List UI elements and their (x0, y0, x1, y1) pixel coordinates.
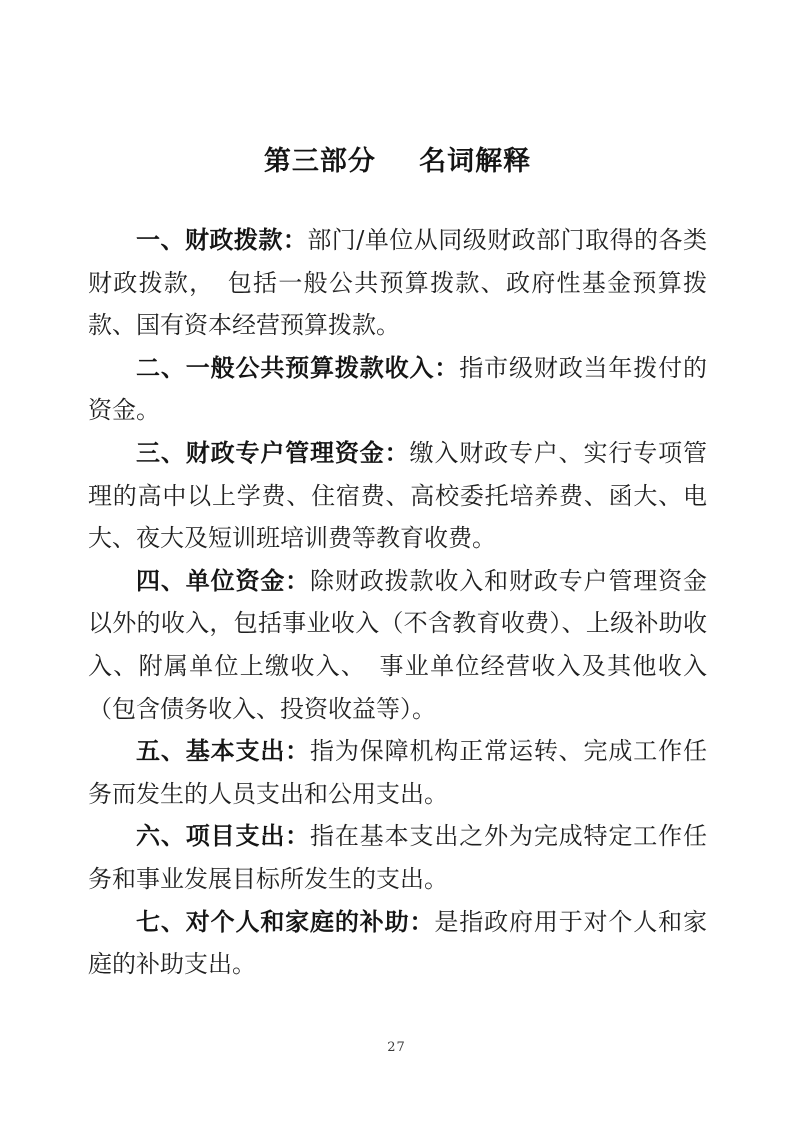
glossary-entry: 五、基本支出：指为保障机构正常运转、完成工作任务而发生的人员支出和公用支出。 (88, 730, 707, 815)
entry-term: 六、项目支出： (136, 821, 310, 850)
glossary-entry: 六、项目支出：指在基本支出之外为完成特定工作任务和事业发展目标所发生的支出。 (88, 815, 707, 900)
section-title-name: 名词解释 (419, 146, 531, 177)
glossary-entry: 二、一般公共预算拨款收入：指市级财政当年拨付的资金。 (88, 347, 707, 432)
entry-term: 三、财政专户管理资金： (136, 438, 410, 467)
document-page: 第三部分名词解释 一、财政拨款：部门/单位从同级财政部门取得的各类财政拨款， 包… (0, 0, 793, 1122)
entry-term: 二、一般公共预算拨款收入： (136, 353, 459, 382)
glossary-entry: 三、财政专户管理资金：缴入财政专户、实行专项管理的高中以上学费、住宿费、高校委托… (88, 432, 707, 560)
section-title: 第三部分名词解释 (88, 142, 707, 182)
entry-term: 五、基本支出： (136, 736, 310, 765)
glossary-entry: 一、财政拨款：部门/单位从同级财政部门取得的各类财政拨款， 包括一般公共预算拨款… (88, 219, 707, 347)
page-number: 27 (0, 1040, 793, 1055)
entry-term: 七、对个人和家庭的补助： (136, 907, 434, 936)
entry-term: 四、单位资金： (136, 566, 310, 595)
document-content: 第三部分名词解释 一、财政拨款：部门/单位从同级财政部门取得的各类财政拨款， 包… (88, 142, 707, 986)
section-title-part: 第三部分 (264, 146, 376, 177)
glossary-entry: 七、对个人和家庭的补助：是指政府用于对个人和家庭的补助支出。 (88, 901, 707, 986)
glossary-list: 一、财政拨款：部门/单位从同级财政部门取得的各类财政拨款， 包括一般公共预算拨款… (88, 219, 707, 986)
entry-term: 一、财政拨款： (136, 225, 307, 254)
glossary-entry: 四、单位资金：除财政拨款收入和财政专户管理资金以外的收入，包括事业收入（不含教育… (88, 560, 707, 730)
